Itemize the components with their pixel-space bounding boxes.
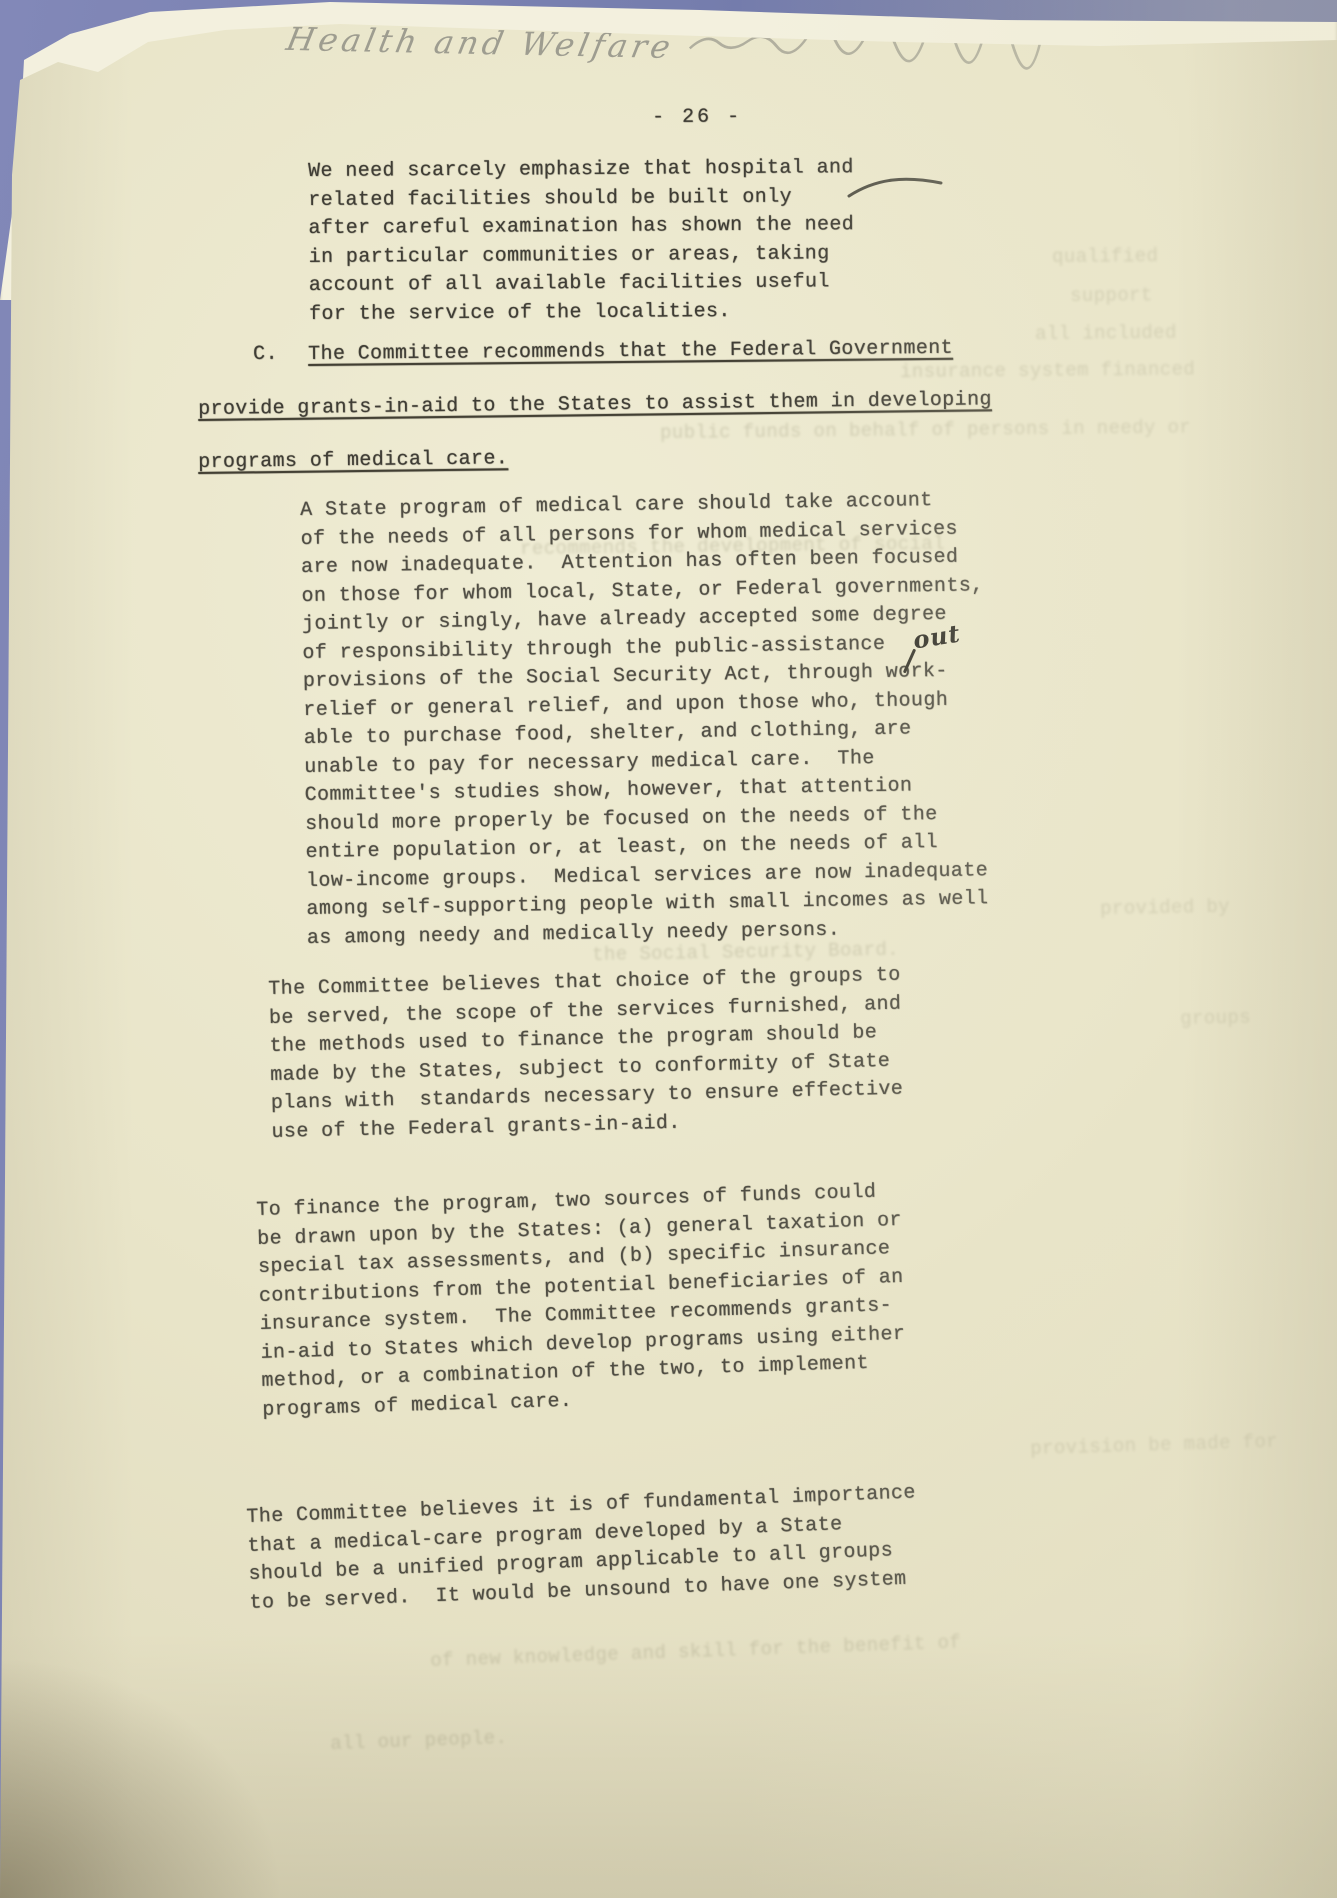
recommendation-c-label: C. bbox=[253, 341, 278, 370]
photo-of-typewritten-document: RG 220 Health and Welfare qualified supp… bbox=[0, 0, 1337, 1898]
bleedthrough-text: support bbox=[1070, 284, 1153, 307]
bleedthrough-text: provision be made for bbox=[1030, 1431, 1278, 1460]
bleedthrough-text: all included bbox=[1035, 322, 1177, 345]
document-page: RG 220 Health and Welfare qualified supp… bbox=[0, 0, 1337, 1898]
recommendation-c-line-3: programs of medical care. bbox=[198, 445, 508, 477]
paragraph-state-program: A State program of medical care should t… bbox=[300, 486, 989, 953]
bleedthrough-text: provided by bbox=[1100, 896, 1230, 920]
bleedthrough-text: qualified bbox=[1052, 245, 1158, 268]
paragraph-finance-program: To finance the program, two sources of f… bbox=[256, 1178, 907, 1425]
bleedthrough-text: all our people. bbox=[330, 1727, 508, 1755]
pen-checkmark bbox=[843, 168, 947, 206]
bleedthrough-text: public funds on behalf of persons in nee… bbox=[660, 416, 1191, 444]
paragraph-unified-program: The Committee believes it is of fundamen… bbox=[246, 1479, 919, 1617]
paragraph-hospital-facilities: We need scarcely emphasize that hospital… bbox=[308, 154, 855, 329]
page-number: - 26 - bbox=[652, 104, 742, 133]
recommendation-c-line-1: The Committee recommends that the Federa… bbox=[308, 335, 953, 370]
paragraph-choice-of-groups: The Committee believes that choice of th… bbox=[268, 962, 904, 1147]
bleedthrough-text: of new knowledge and skill for the benef… bbox=[430, 1631, 962, 1672]
bleedthrough-text: groups bbox=[1180, 1007, 1251, 1030]
